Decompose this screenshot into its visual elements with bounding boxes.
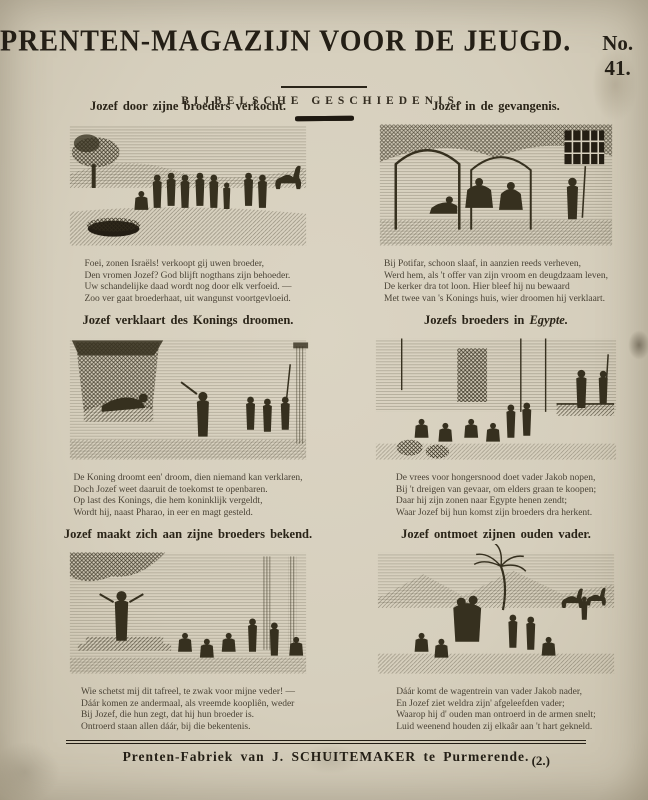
engraving-art [362, 544, 630, 682]
issue-number: No. 41. [587, 31, 648, 81]
panel-caption: Wie schetst mij dit tafreel, te zwak voo… [52, 687, 324, 734]
panel-title: Jozefs broeders in Egypte. [360, 312, 632, 328]
engraving-jozef-door-broeders-verkocht [54, 116, 322, 254]
caption-line: Wie schetst mij dit tafreel, te zwak voo… [81, 687, 295, 699]
panel-title: Jozef maakt zich aan zijne broeders beke… [52, 526, 324, 542]
caption-line: De vrees voor hongersnood doet vader Jak… [396, 473, 596, 485]
page-number: (2.) [532, 753, 550, 769]
panel-jozef-verkocht: Jozef door zijne broeders verkocht. [52, 98, 324, 312]
engraving-art [54, 116, 322, 254]
caption-line: Zoo ver gaat broederhaat, uit wangunst v… [84, 294, 291, 306]
caption-line: Foei, zonen Israëls! verkoopt gij uwen b… [84, 259, 291, 271]
engraving-jozef-ontmoet-vader [362, 544, 630, 682]
caption-line: Bij 't dreigen van gevaar, om elders gra… [396, 485, 596, 497]
engraving-art [54, 330, 322, 468]
title-rule [281, 86, 367, 88]
caption-line: Met twee van 's Konings huis, wier droom… [384, 294, 608, 306]
panel-caption: Dáár komt de wagentrein van vader Jakob … [360, 687, 632, 734]
panel-caption: Bij Potifar, schoon slaaf, in aanzien re… [360, 259, 632, 306]
caption-line: Op last des Konings, die hem koninklijk … [73, 496, 302, 508]
caption-line: De kerker dra tot loon. Hier bleef hij n… [384, 282, 608, 294]
caption-line: En Jozef ziet weldra zijn' afgeleefden v… [396, 699, 596, 711]
engraving-jozef-verklaart-droomen [54, 330, 322, 468]
caption-line: Ontroerd staan allen dáár, bij die beken… [81, 722, 295, 734]
panel-title-italic: Egypte. [529, 313, 568, 327]
panel-title: Jozef door zijne broeders verkocht. [52, 98, 324, 114]
caption-line: Wordt hij, naast Pharao, in eer en magt … [73, 508, 302, 520]
engraving-art [54, 544, 322, 682]
panel-broeders-in-egypte: Jozefs broeders in Egypte. [360, 312, 632, 526]
caption-line: Werd hem, als 't offer van zijn vroom en… [384, 271, 608, 283]
engraving-art [362, 330, 630, 468]
engraving-jozef-in-de-gevangenis [362, 116, 630, 254]
caption-line: De Koning droomt een' droom, dien nieman… [73, 473, 302, 485]
panel-title: Jozef in de gevangenis. [360, 98, 632, 114]
caption-line: Bij Jozef, die hun zegt, dat hij hun bro… [81, 710, 295, 722]
page-title: PRENTEN-MAGAZIJN VOOR DE JEUGD. [0, 25, 571, 60]
panel-konings-droomen: Jozef verklaart des Konings droomen. [52, 312, 324, 526]
panel-gevangenis: Jozef in de gevangenis. [360, 98, 632, 312]
publisher-imprint: Prenten-Fabriek van J. SCHUITEMAKER te P… [66, 749, 586, 765]
caption-line: Uw schandelijke daad wordt nog door elk … [84, 282, 291, 294]
caption-line: Doch Jozef weet daaruit de toekomst te o… [73, 485, 302, 497]
imprint-footer: Prenten-Fabriek van J. SCHUITEMAKER te P… [66, 740, 586, 765]
panel-title: Jozef verklaart des Konings droomen. [52, 312, 324, 328]
panel-title: Jozef ontmoet zijnen ouden vader. [360, 526, 632, 542]
caption-line: Bij Potifar, schoon slaaf, in aanzien re… [384, 259, 608, 271]
caption-line: Daar hij zijn zonen naar Egypte henen ze… [396, 496, 596, 508]
caption-line: Dáár komen ze andermaal, als vreemde koo… [81, 699, 295, 711]
engraving-broeders-in-egypte [362, 330, 630, 468]
panel-caption: De Koning droomt een' droom, dien nieman… [52, 473, 324, 520]
panel-title-text: Jozefs broeders in [424, 313, 529, 327]
engraving-jozef-maakt-zich-bekend [54, 544, 322, 682]
caption-line: Waarop hij d' ouden man ontroerd in de a… [396, 710, 596, 722]
panel-caption: De vrees voor hongersnood doet vader Jak… [360, 473, 632, 520]
panel-ontmoet-vader: Jozef ontmoet zijnen ouden vader. [360, 526, 632, 740]
caption-line: Dáár komt de wagentrein van vader Jakob … [396, 687, 596, 699]
caption-line: Den vromen Jozef? God blijft nogthans zi… [84, 271, 291, 283]
engraving-art [362, 116, 630, 254]
panel-caption: Foei, zonen Israëls! verkoopt gij uwen b… [52, 259, 324, 306]
panel-grid: Jozef door zijne broeders verkocht. [52, 98, 632, 740]
caption-line: Waar Jozef bij hun komst zijn broeders d… [396, 508, 596, 520]
caption-line: Luid weenend houden zij elkaâr aan 't ha… [396, 722, 596, 734]
panel-maakt-zich-bekend: Jozef maakt zich aan zijne broeders beke… [52, 526, 324, 740]
